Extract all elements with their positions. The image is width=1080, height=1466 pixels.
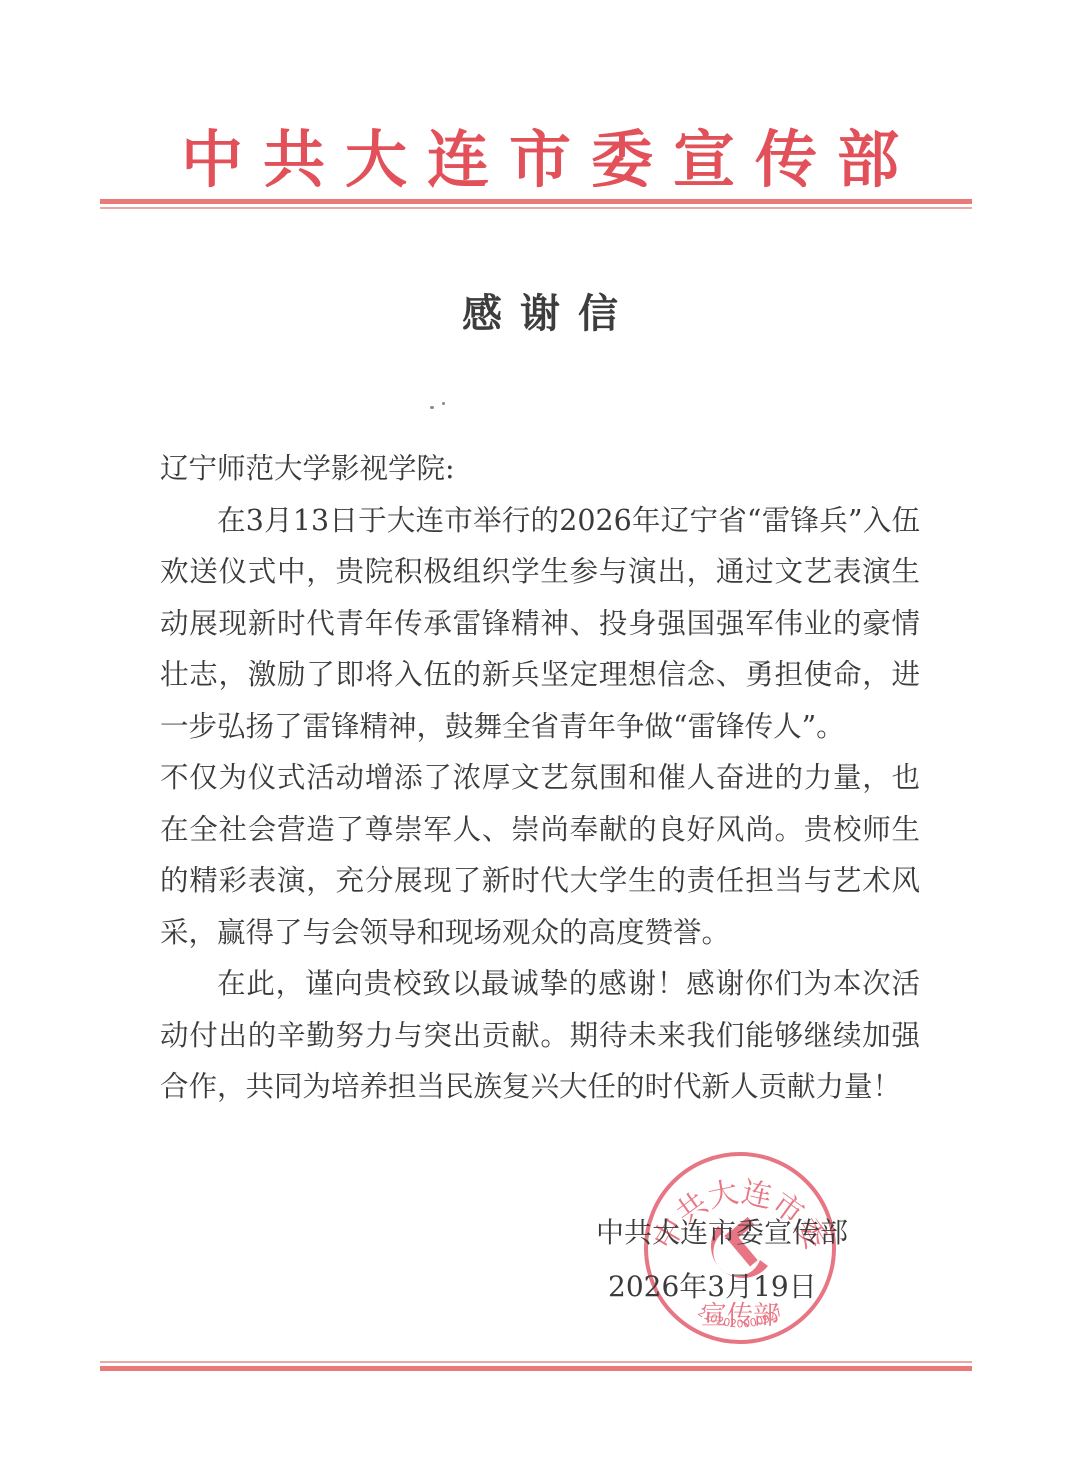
signature-organization: 中共大连市委宣传部 — [596, 1206, 848, 1260]
signature-block: 中共大连市委宣传部 2026年3月19日 — [596, 1206, 848, 1314]
scan-speck — [442, 402, 445, 405]
salutation: 辽宁师范大学影视学院: — [160, 443, 920, 495]
divider-thin-line — [100, 1361, 972, 1363]
paragraph-1: 在3月13日于大连市举行的2026年辽宁省“雷锋兵”入伍欢送仪式中，贵院积极组织… — [160, 495, 920, 753]
signature-date: 2026年3月19日 — [596, 1260, 848, 1314]
divider-thick-line — [100, 199, 972, 204]
scan-speck — [430, 406, 434, 409]
letter-title: 感谢信 — [0, 282, 1080, 339]
paragraph-3: 在此，谨向贵校致以最诚挚的感谢！感谢你们为本次活动付出的辛勤努力与突出贡献。期待… — [160, 958, 920, 1113]
paragraph-2: 不仅为仪式活动增添了浓厚文艺氛围和催人奋进的力量，也在全社会营造了尊崇军人、崇尚… — [160, 752, 920, 958]
divider-thin-line — [100, 207, 972, 209]
letterhead-issuer: 中共大连市委宣传部 — [0, 110, 1080, 199]
footer-divider — [100, 1361, 972, 1371]
letter-body: 辽宁师范大学影视学院: 在3月13日于大连市举行的2026年辽宁省“雷锋兵”入伍… — [160, 443, 920, 1113]
letterhead-divider — [100, 199, 972, 209]
divider-thick-line — [100, 1366, 972, 1371]
